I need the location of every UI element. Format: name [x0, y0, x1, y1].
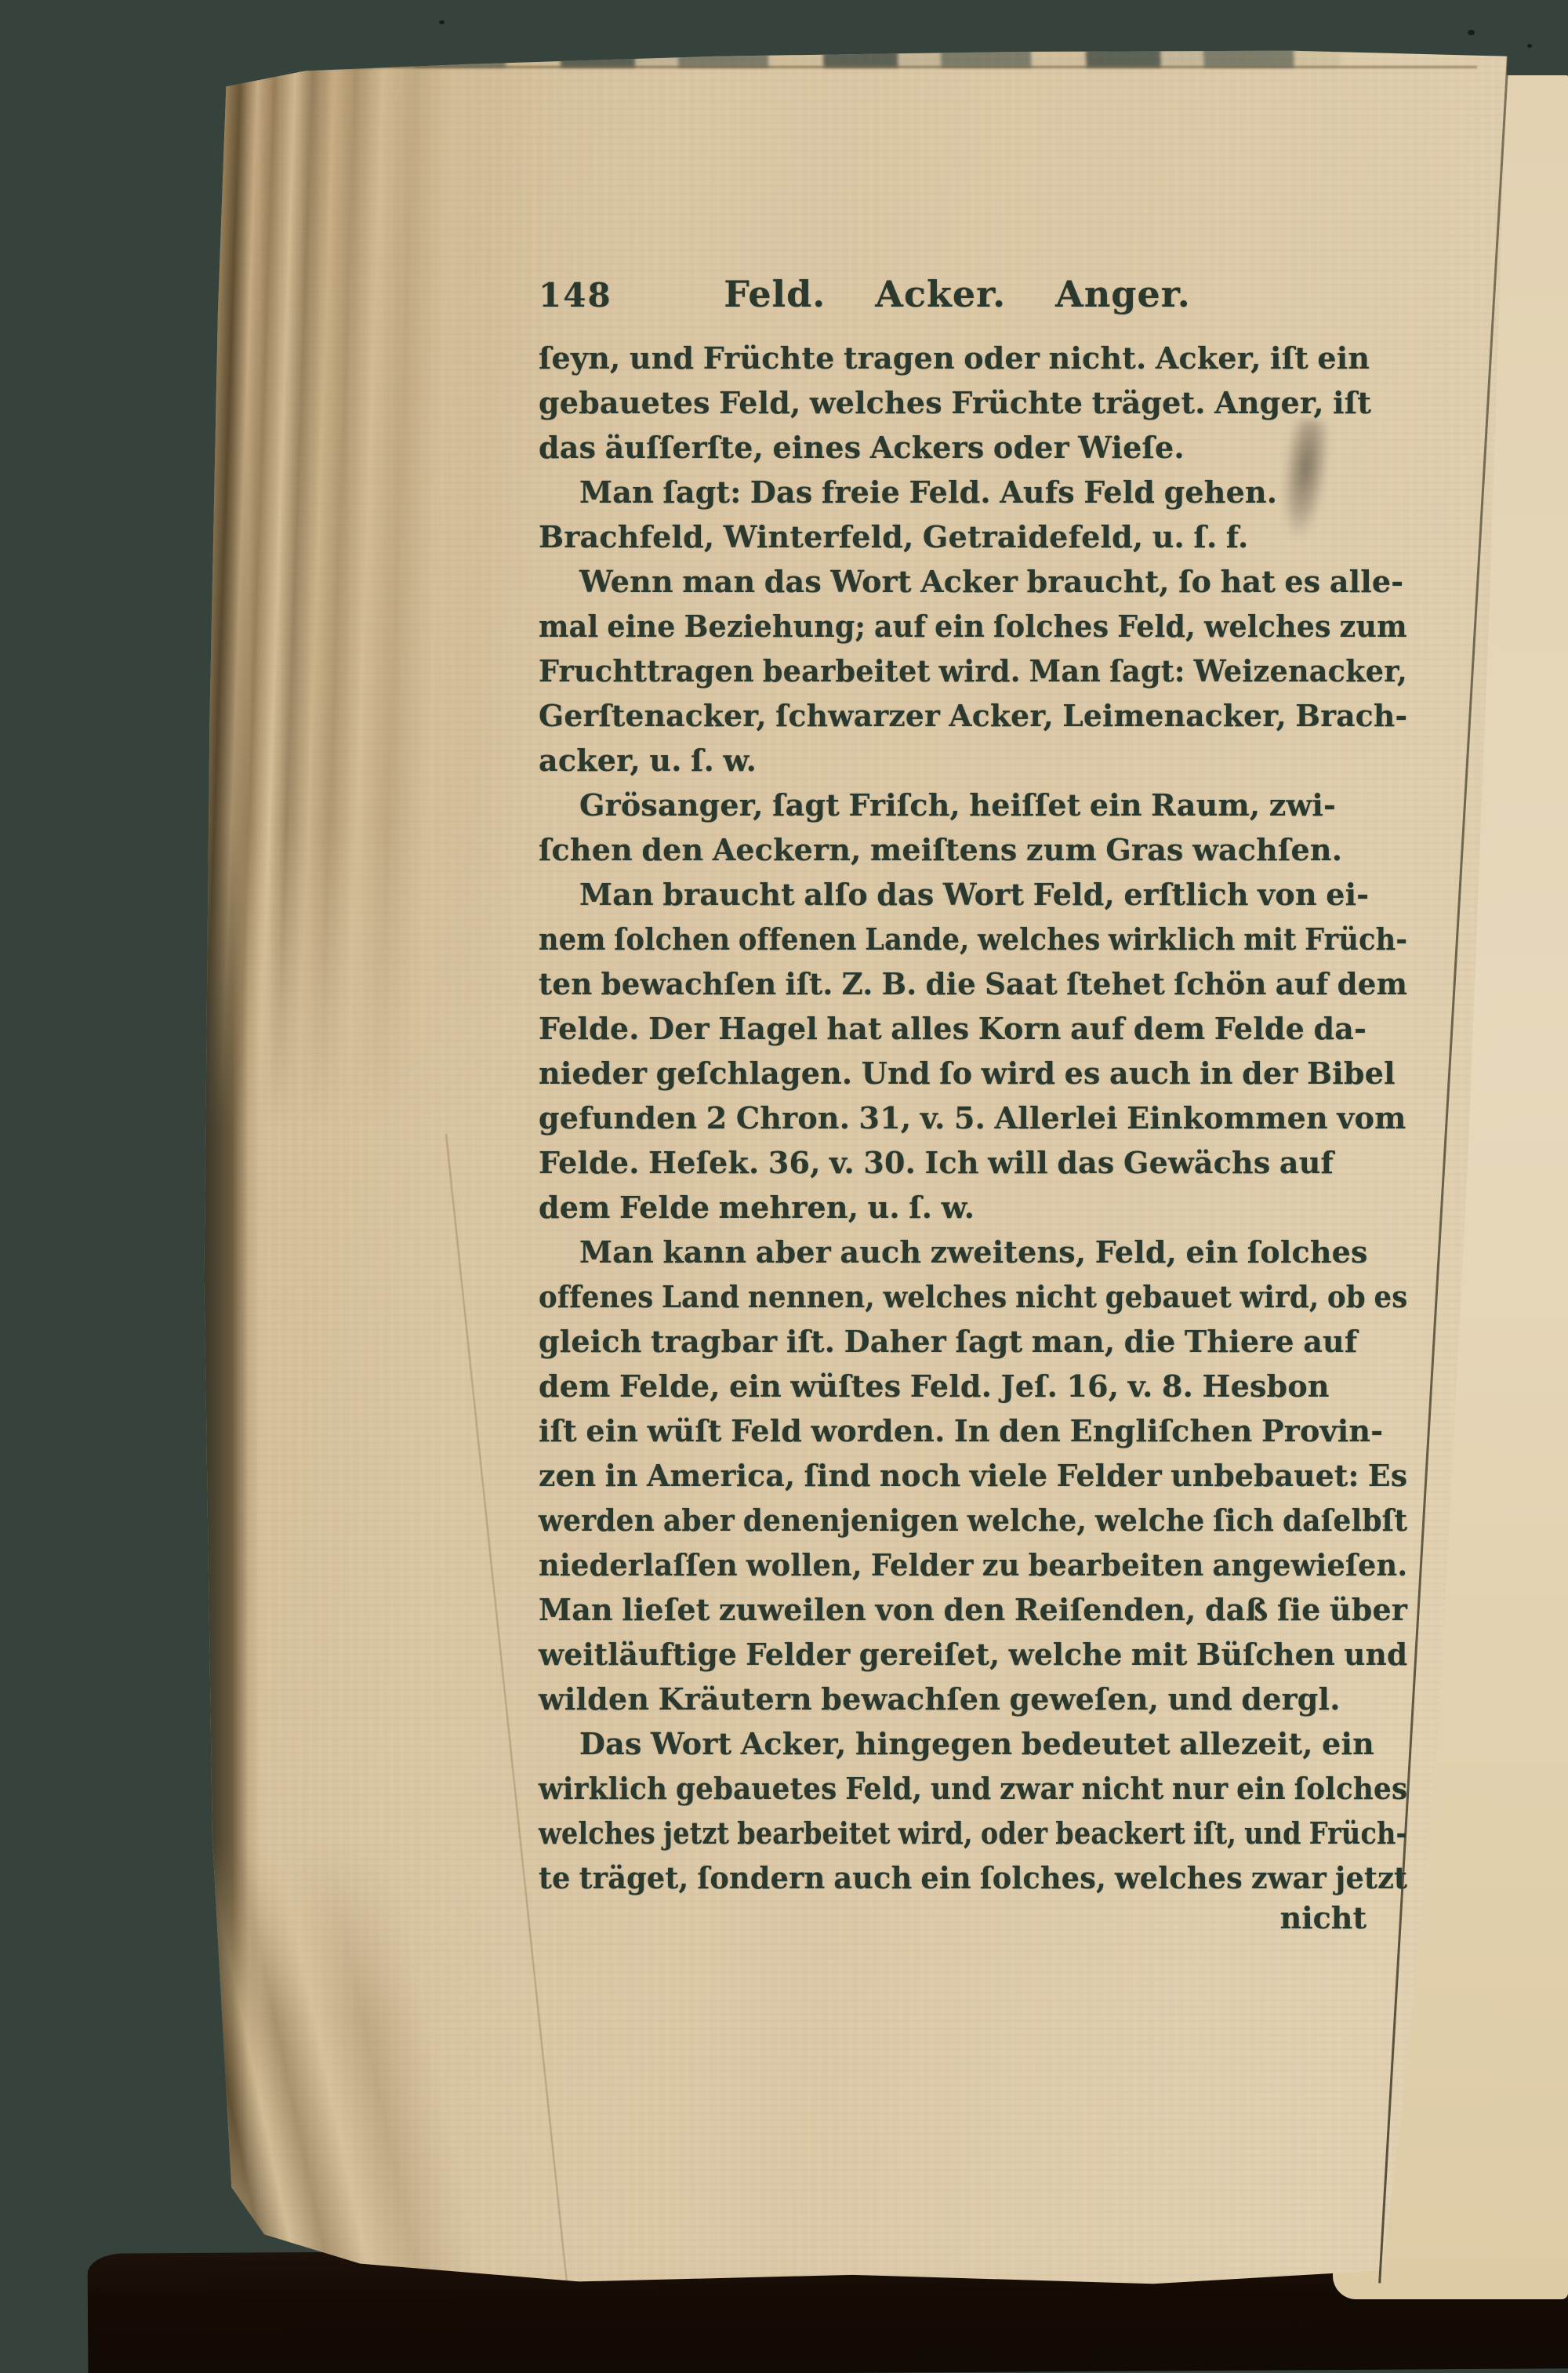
text-line: Wenn man das Wort Acker braucht, ſo hat …: [539, 559, 1407, 604]
text-line: nem ſolchen offenen Lande, welches wirkl…: [539, 917, 1342, 961]
text-line: das äuſſerſte, eines Ackers oder Wieſe.: [539, 425, 1407, 470]
text-line: Man ſagt: Das freie Feld. Aufs Feld gehe…: [539, 470, 1407, 514]
page-stack-streaks: [196, 1840, 564, 2288]
text-line: Felde. Heſek. 36, v. 30. Ich will das Ge…: [539, 1140, 1407, 1185]
page-header: 148 Feld. Acker. Anger.: [539, 273, 1407, 320]
text-line: Man lieſet zuweilen von den Reiſenden, d…: [539, 1587, 1406, 1632]
text-line: welches jetzt bearbeitet wird, oder beac…: [539, 1811, 1304, 1855]
page-top-edge-stain: [298, 44, 1341, 67]
text-line: Fruchttragen bearbeitet wird. Man ſagt: …: [539, 649, 1376, 693]
text-line: ſchen den Aeckern, meiſtens zum Gras wac…: [539, 827, 1407, 872]
text-line: acker, u. ſ. w.: [539, 738, 1407, 783]
page-stack-ragged-edges-lower: [196, 1840, 564, 2288]
page-top-edge-shadow: [220, 66, 1477, 68]
text-line: gebauetes Feld, welches Früchte träget. …: [539, 380, 1407, 425]
text-line: niederlaſſen wollen, Felder zu bearbeite…: [539, 1543, 1377, 1587]
text-line: Felde. Der Hagel hat alles Korn auf dem …: [539, 1006, 1407, 1051]
page-stack-ragged-edges-upper: [196, 44, 564, 1126]
text-line: dem Felde mehren, u. ſ. w.: [539, 1185, 1407, 1230]
text-line: weitläuftige Felder gereiſet, welche mit…: [539, 1632, 1393, 1677]
text-line: Das Wort Acker, hingegen bedeutet alleze…: [539, 1721, 1407, 1766]
text-line: nieder geſchlagen. Und ſo wird es auch i…: [539, 1051, 1407, 1096]
text-line: Man braucht alſo das Wort Feld, erſtlich…: [539, 872, 1407, 917]
text-line: Gerſtenacker, ſchwarzer Acker, Leimenack…: [539, 693, 1399, 738]
text-line: Man kann aber auch zweitens, Feld, ein ſ…: [539, 1230, 1407, 1274]
text-line: wirklich gebauetes Feld, und zwar nicht …: [539, 1766, 1355, 1811]
text-line: werden aber denenjenigen welche, welche …: [539, 1498, 1360, 1543]
body-text: ſeyn, und Früchte tragen oder nicht. Ack…: [539, 336, 1407, 1900]
text-line: Grösanger, ſagt Friſch, heiſſet ein Raum…: [539, 783, 1407, 827]
text-line: ten bewachſen iſt. Z. B. die Saat ſtehet…: [539, 961, 1388, 1006]
text-line: iſt ein wüſt Feld worden. In den Engliſc…: [539, 1408, 1407, 1453]
text-line: ſeyn, und Früchte tragen oder nicht. Ack…: [539, 336, 1407, 380]
scanned-book-photo: 148 Feld. Acker. Anger. ſeyn, und Frücht…: [0, 0, 1568, 2373]
text-line: wilden Kräutern bewachſen geweſen, und d…: [539, 1677, 1407, 1721]
text-line: gleich tragbar iſt. Daher ſagt man, die …: [539, 1319, 1407, 1364]
page-stack-streaks: [196, 44, 564, 1126]
text-line: te träget, ſondern auch ein ſolches, wel…: [539, 1855, 1376, 1900]
running-title: Feld. Acker. Anger.: [539, 273, 1407, 315]
text-line: mal eine Beziehung; auf ein ſolches Feld…: [539, 604, 1370, 649]
dust-speck: [1527, 44, 1532, 48]
text-line: offenes Land nennen, welches nicht gebau…: [539, 1274, 1349, 1319]
text-line: gefunden 2 Chron. 31, v. 5. Allerlei Ein…: [539, 1096, 1407, 1140]
dust-speck: [439, 20, 445, 24]
text-line: Brachfeld, Winterfeld, Getraidefeld, u. …: [539, 514, 1407, 559]
text-line: dem Felde, ein wüſtes Feld. Jeſ. 16, v. …: [539, 1364, 1407, 1408]
text-line: zen in America, ſind noch viele Felder u…: [539, 1453, 1399, 1498]
catchword: nicht: [1280, 1900, 1367, 1935]
catchword-row: nicht: [539, 1900, 1407, 1945]
dust-speck: [1468, 30, 1475, 35]
